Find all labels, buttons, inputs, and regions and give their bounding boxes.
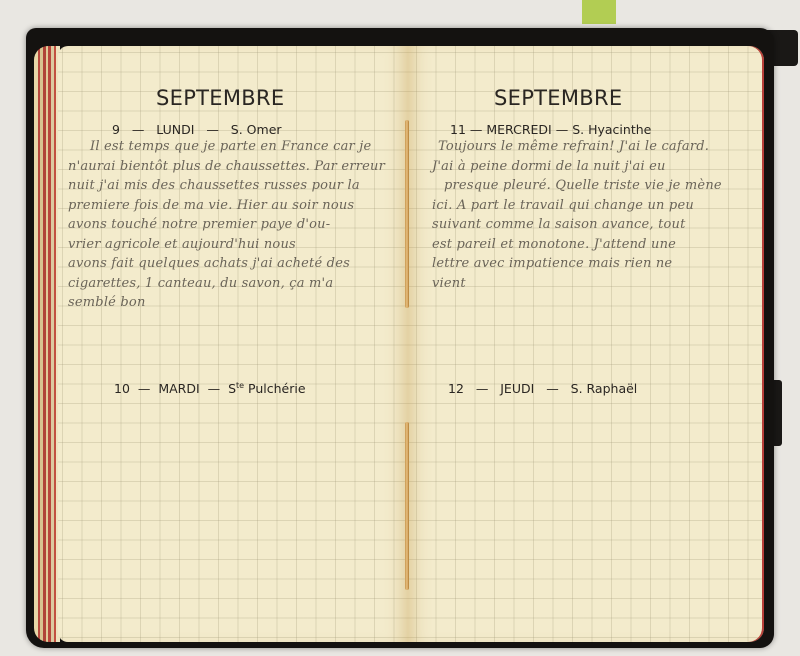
day-header-11: 11 — MERCREDI — S. Hyacinthe <box>450 122 651 137</box>
day-number: 12 <box>448 381 464 396</box>
dash: — <box>138 381 151 396</box>
handwritten-entry-11: Toujours le même refrain! J'ai le cafard… <box>432 137 722 293</box>
saint-name: S. Omer <box>231 122 282 137</box>
handwritten-entry-9: Il est temps que je parte en France car … <box>68 137 385 313</box>
day-header-10: 10 — MARDI — Ste Pulchérie <box>114 381 306 396</box>
page-edges-red <box>34 46 60 642</box>
binding-thread <box>405 120 409 308</box>
day-number: 11 <box>450 122 466 137</box>
handwritten-line: J'ai à peine dormi de la nuit j'ai eu <box>432 157 722 177</box>
handwritten-line: ici. A part le travail qui change un peu <box>432 196 722 216</box>
weekday: JEUDI <box>500 381 534 396</box>
handwritten-line: est pareil et monotone. J'attend une <box>432 235 722 255</box>
handwritten-line: nuit j'ai mis des chaussettes russes pou… <box>68 176 385 196</box>
dash: — <box>476 381 489 396</box>
day-header-9: 9 — LUNDI — S. Omer <box>112 122 282 137</box>
weekday: MARDI <box>158 381 199 396</box>
handwritten-line: semblé bon <box>68 293 385 313</box>
dash: — <box>470 122 483 137</box>
dash: — <box>208 381 221 396</box>
bookmark-ribbon <box>582 0 616 24</box>
handwritten-line: vrier agricole et aujourd'hui nous <box>68 235 385 255</box>
handwritten-line: Il est temps que je parte en France car … <box>68 137 385 157</box>
day-number: 10 <box>114 381 130 396</box>
handwritten-line: suivant comme la saison avance, tout <box>432 215 722 235</box>
handwritten-line: premiere fois de ma vie. Hier au soir no… <box>68 196 385 216</box>
handwritten-line: avons fait quelques achats j'ai acheté d… <box>68 254 385 274</box>
dash: — <box>556 122 569 137</box>
handwritten-line: Toujours le même refrain! J'ai le cafard… <box>432 137 722 157</box>
weekday: MERCREDI <box>486 122 551 137</box>
month-title: SEPTEMBRE <box>494 86 622 110</box>
handwritten-line: vient <box>432 274 722 294</box>
dash: — <box>206 122 219 137</box>
handwritten-line: presque pleuré. Quelle triste vie je mèn… <box>432 176 722 196</box>
day-header-12: 12 — JEUDI — S. Raphaël <box>448 381 637 396</box>
handwritten-line: n'aurai bientôt plus de chaussettes. Par… <box>68 157 385 177</box>
binding-thread <box>405 422 409 590</box>
day-number: 9 <box>112 122 120 137</box>
dash: — <box>132 122 145 137</box>
handwritten-line: lettre avec impatience mais rien ne <box>432 254 722 274</box>
saint-name: Ste Pulchérie <box>228 381 306 396</box>
dash: — <box>546 381 559 396</box>
handwritten-line: avons touché notre premier paye d'ou- <box>68 215 385 235</box>
saint-name: S. Hyacinthe <box>572 122 651 137</box>
month-title: SEPTEMBRE <box>156 86 284 110</box>
diary-photo: SEPTEMBRE 9 — LUNDI — S. Omer Il est tem… <box>0 0 800 656</box>
handwritten-line: cigarettes, 1 canteau, du savon, ça m'a <box>68 274 385 294</box>
saint-name: S. Raphaël <box>571 381 638 396</box>
weekday: LUNDI <box>156 122 194 137</box>
